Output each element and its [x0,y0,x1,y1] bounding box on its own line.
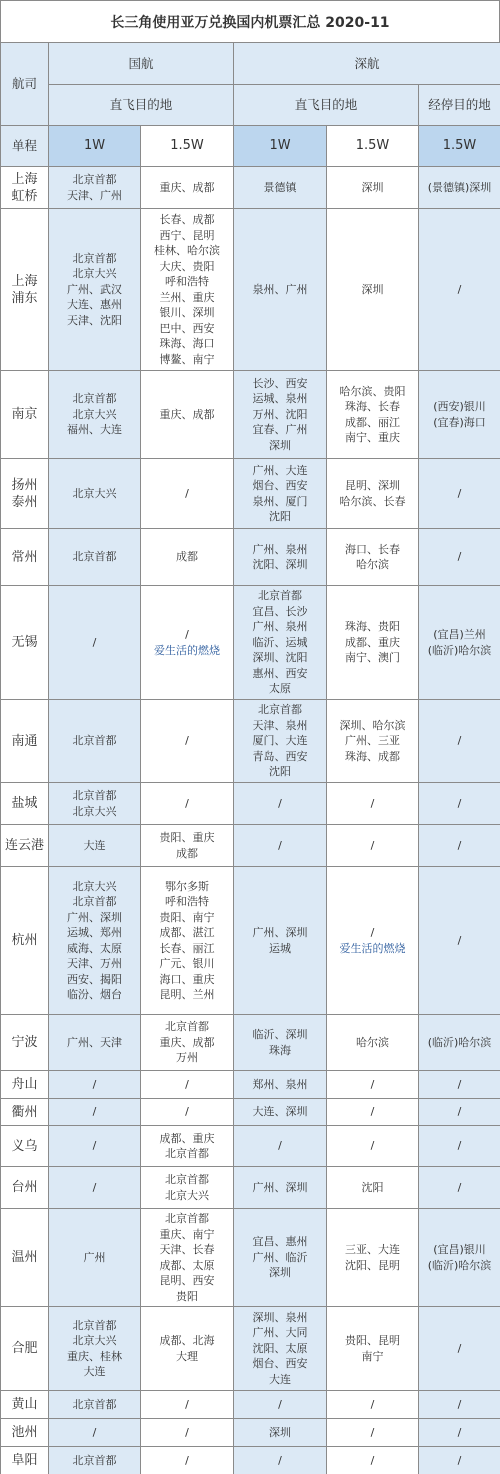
destination-cell: / [419,867,500,1015]
destination-cell: / [419,1167,500,1209]
destination-cell: 哈尔滨、贵阳 珠海、长春 成都、丽江 南宁、重庆 [327,371,419,459]
city-label: 台州 [1,1167,49,1209]
destination-cell: (临沂)哈尔滨 [419,1015,500,1071]
destination-cell: / [234,1126,327,1167]
destination-cell: 珠海、贵阳 成都、重庆 南宁、澳门 [327,586,419,700]
header-stopover: 经停目的地 [419,85,500,126]
destination-cell: /爱生活的燃烧 [327,867,419,1015]
city-label: 义乌 [1,1126,49,1167]
destination-cell: / [141,1391,234,1419]
destination-cell: 北京首都 天津、广州 [49,167,141,209]
ticket-table: 航司 国航 深航 直飞目的地 直飞目的地 经停目的地 单程 1W 1.5W 1W… [0,42,500,1474]
destination-cell: 长春、成都 西宁、昆明 桂林、哈尔滨 大庆、贵阳 呼和浩特 兰州、重庆 银川、深… [141,209,234,371]
destination-cell: / [327,1099,419,1126]
destination-cell: / [234,1391,327,1419]
city-label: 连云港 [1,825,49,867]
destination-cell: / [49,1099,141,1126]
destination-cell: (宜昌)银川 (临沂)哈尔滨 [419,1209,500,1307]
destination-cell: / [419,459,500,529]
destination-cell: 北京首都 [49,700,141,783]
destination-cell: / [327,1447,419,1474]
cell-text: / [185,628,189,641]
destination-cell: 景德镇 [234,167,327,209]
col-sh-1w: 1W [234,126,327,167]
table-row: 阜阳北京首都//// [1,1447,500,1474]
destination-cell: / [141,1447,234,1474]
city-label: 池州 [1,1419,49,1447]
destination-cell: 临沂、深圳 珠海 [234,1015,327,1071]
city-label: 南京 [1,371,49,459]
destination-cell: 北京大兴 北京首都 广州、深圳 运城、郑州 威海、太原 天津、万州 西安、揭阳 … [49,867,141,1015]
destination-cell: 重庆、成都 [141,167,234,209]
destination-cell: / [49,586,141,700]
destination-cell: (宜昌)兰州 (临沂)哈尔滨 [419,586,500,700]
airline-header: 航司 [1,43,49,126]
destination-cell: 大连、深圳 [234,1099,327,1126]
destination-cell: 北京首都 [49,1447,141,1474]
destination-cell: 北京大兴 [49,459,141,529]
destination-cell: 北京首都 [49,529,141,586]
destination-cell: / [419,1419,500,1447]
destination-cell: 昆明、深圳 哈尔滨、长春 [327,459,419,529]
table-row: 盐城北京首都 北京大兴//// [1,783,500,825]
table-row: 舟山//郑州、泉州// [1,1071,500,1099]
city-label: 无锡 [1,586,49,700]
destination-cell: 贵阳、昆明 南宁 [327,1307,419,1391]
destination-cell: 鄂尔多斯 呼和浩特 贵阳、南宁 成都、湛江 长春、丽江 广元、银川 海口、重庆 … [141,867,234,1015]
destination-cell: 广州、泉州 沈阳、深圳 [234,529,327,586]
destination-cell: / [234,783,327,825]
city-label: 黄山 [1,1391,49,1419]
header-guohang: 国航 [49,43,234,85]
destination-cell: / [141,1071,234,1099]
destination-cell: 北京首都 [49,1391,141,1419]
destination-cell: / [49,1071,141,1099]
destination-cell: / [141,783,234,825]
destination-cell: 北京首都 北京大兴 [49,783,141,825]
destination-cell: 深圳、哈尔滨 广州、三亚 珠海、成都 [327,700,419,783]
cell-text: / [371,926,375,939]
destination-cell: 深圳 [327,167,419,209]
table-row: 杭州北京大兴 北京首都 广州、深圳 运城、郑州 威海、太原 天津、万州 西安、揭… [1,867,500,1015]
destination-cell: 北京首都 北京大兴 重庆、桂林 大连 [49,1307,141,1391]
table-row: 宁波广州、天津北京首都 重庆、成都 万州临沂、深圳 珠海哈尔滨(临沂)哈尔滨 [1,1015,500,1071]
table-row: 合肥北京首都 北京大兴 重庆、桂林 大连成都、北海 大理深圳、泉州 广州、大同 … [1,1307,500,1391]
col-gh-1w: 1W [49,126,141,167]
destination-cell: 广州、深圳 [234,1167,327,1209]
destination-cell: / [327,825,419,867]
destination-cell: 成都、重庆 北京首都 [141,1126,234,1167]
destination-cell: 深圳、泉州 广州、大同 沈阳、太原 烟台、西安 大连 [234,1307,327,1391]
destination-cell: 郑州、泉州 [234,1071,327,1099]
table-row: 池州//深圳// [1,1419,500,1447]
city-label: 温州 [1,1209,49,1307]
destination-cell: 贵阳、重庆 成都 [141,825,234,867]
destination-cell: 宜昌、惠州 广州、临沂 深圳 [234,1209,327,1307]
oneway-label: 单程 [1,126,49,167]
header-direct-shenhang: 直飞目的地 [234,85,419,126]
destination-cell: /爱生活的燃烧 [141,586,234,700]
destination-cell: 大连 [49,825,141,867]
destination-cell: 深圳 [234,1419,327,1447]
destination-cell: / [327,1071,419,1099]
destination-cell: (景德镇)深圳 [419,167,500,209]
destination-cell: 长沙、西安 运城、泉州 万州、沈阳 宜春、广州 深圳 [234,371,327,459]
destination-cell: 北京首都 北京大兴 广州、武汉 大连、惠州 天津、沈阳 [49,209,141,371]
destination-cell: / [419,209,500,371]
destination-cell: 北京首都 宜昌、长沙 广州、泉州 临沂、运城 深圳、沈阳 惠州、西安 太原 [234,586,327,700]
city-label: 上海 虹桥 [1,167,49,209]
destination-cell: / [327,1419,419,1447]
destination-cell: / [234,825,327,867]
destination-cell: 成都 [141,529,234,586]
city-label: 上海 浦东 [1,209,49,371]
city-label: 扬州 泰州 [1,459,49,529]
table-row: 上海 虹桥北京首都 天津、广州重庆、成都景德镇深圳(景德镇)深圳 [1,167,500,209]
destination-cell: / [419,1099,500,1126]
city-label: 合肥 [1,1307,49,1391]
destination-cell: 北京首都 北京大兴 福州、大连 [49,371,141,459]
destination-cell: 泉州、广州 [234,209,327,371]
col-stop-15w: 1.5W [419,126,500,167]
destination-cell: 北京首都 重庆、成都 万州 [141,1015,234,1071]
destination-cell: 北京首都 天津、泉州 厦门、大连 青岛、西安 沈阳 [234,700,327,783]
destination-cell: 广州、大连 烟台、西安 泉州、厦门 沈阳 [234,459,327,529]
city-label: 盐城 [1,783,49,825]
destination-cell: / [141,459,234,529]
table-row: 无锡//爱生活的燃烧北京首都 宜昌、长沙 广州、泉州 临沂、运城 深圳、沈阳 惠… [1,586,500,700]
table-row: 黄山北京首都//// [1,1391,500,1419]
city-label: 杭州 [1,867,49,1015]
destination-cell: / [234,1447,327,1474]
destination-cell: / [141,1099,234,1126]
destination-cell: / [419,1307,500,1391]
table-row: 上海 浦东北京首都 北京大兴 广州、武汉 大连、惠州 天津、沈阳长春、成都 西宁… [1,209,500,371]
destination-cell: 北京首都 重庆、南宁 天津、长春 成都、太原 昆明、西安 贵阳 [141,1209,234,1307]
destination-cell: / [327,783,419,825]
watermark-link[interactable]: 爱生活的燃烧 [329,941,416,957]
destination-cell: / [419,825,500,867]
table-row: 衢州//大连、深圳// [1,1099,500,1126]
destination-cell: 广州、天津 [49,1015,141,1071]
destination-cell: / [419,1391,500,1419]
header-shenhang: 深航 [234,43,500,85]
city-label: 舟山 [1,1071,49,1099]
table-row: 南京北京首都 北京大兴 福州、大连重庆、成都长沙、西安 运城、泉州 万州、沈阳 … [1,371,500,459]
col-sh-15w: 1.5W [327,126,419,167]
destination-cell: / [49,1167,141,1209]
table-row: 连云港大连贵阳、重庆 成都/// [1,825,500,867]
destination-cell: / [419,1447,500,1474]
destination-cell: 广州、深圳 运城 [234,867,327,1015]
destination-cell: / [327,1391,419,1419]
destination-cell: / [141,700,234,783]
table-row: 常州北京首都成都广州、泉州 沈阳、深圳海口、长春 哈尔滨/ [1,529,500,586]
destination-cell: 哈尔滨 [327,1015,419,1071]
city-label: 衢州 [1,1099,49,1126]
destination-cell: 广州 [49,1209,141,1307]
city-label: 阜阳 [1,1447,49,1474]
page-title: 长三角使用亚万兑换国内机票汇总 2020-11 [0,0,500,42]
destination-cell: / [419,1126,500,1167]
table-row: 扬州 泰州北京大兴/广州、大连 烟台、西安 泉州、厦门 沈阳昆明、深圳 哈尔滨、… [1,459,500,529]
watermark-link[interactable]: 爱生活的燃烧 [143,643,231,659]
table-row: 南通北京首都/北京首都 天津、泉州 厦门、大连 青岛、西安 沈阳深圳、哈尔滨 广… [1,700,500,783]
destination-cell: / [49,1126,141,1167]
destination-cell: 深圳 [327,209,419,371]
header-direct-guohang: 直飞目的地 [49,85,234,126]
destination-cell: 海口、长春 哈尔滨 [327,529,419,586]
city-label: 宁波 [1,1015,49,1071]
destination-cell: / [141,1419,234,1447]
col-gh-15w: 1.5W [141,126,234,167]
destination-cell: 沈阳 [327,1167,419,1209]
city-label: 常州 [1,529,49,586]
destination-cell: / [419,783,500,825]
table-row: 台州/北京首都 北京大兴广州、深圳沈阳/ [1,1167,500,1209]
destination-cell: / [327,1126,419,1167]
destination-cell: 三亚、大连 沈阳、昆明 [327,1209,419,1307]
table-row: 温州广州北京首都 重庆、南宁 天津、长春 成都、太原 昆明、西安 贵阳宜昌、惠州… [1,1209,500,1307]
destination-cell: / [419,529,500,586]
destination-cell: / [49,1419,141,1447]
table-row: 义乌/成都、重庆 北京首都/// [1,1126,500,1167]
destination-cell: 重庆、成都 [141,371,234,459]
city-label: 南通 [1,700,49,783]
destination-cell: / [419,700,500,783]
destination-cell: / [419,1071,500,1099]
destination-cell: (西安)银川 (宜春)海口 [419,371,500,459]
destination-cell: 成都、北海 大理 [141,1307,234,1391]
destination-cell: 北京首都 北京大兴 [141,1167,234,1209]
